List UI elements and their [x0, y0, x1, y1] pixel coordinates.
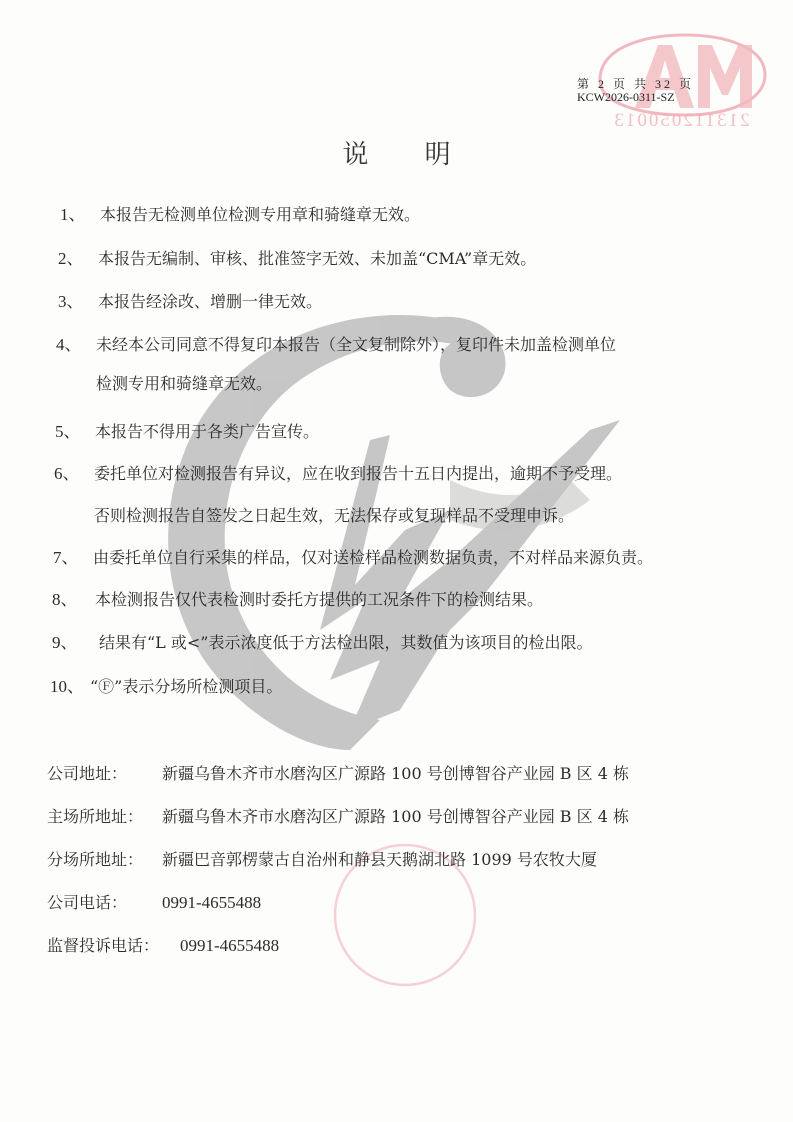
note-text: 本报告无检测单位检测专用章和骑缝章无效。	[100, 206, 420, 224]
note-text: 由委托单位自行采集的样品，仅对送检样品检测数据负责，不对样品来源负责。	[93, 549, 653, 567]
note-number: 8、	[52, 591, 78, 609]
company-phone-value: 0991-4655488	[162, 894, 261, 912]
complaint-phone-label: 监督投诉电话：	[47, 937, 159, 955]
note-continuation: 检测专用和骑缝章无效。	[96, 375, 272, 393]
document-page: 213112050013 第 2 页 共 32 页 KCW2026-0311-S…	[0, 0, 793, 1122]
note-text: 本报告不得用于各类广告宣传。	[95, 423, 319, 441]
page-header: 第 2 页 共 32 页 KCW2026-0311-SZ	[577, 78, 717, 104]
note-number: 3、	[58, 293, 84, 311]
company-address-value: 新疆乌鲁木齐市水磨沟区广源路 100 号创博智谷产业园 B 区 4 栋	[162, 765, 629, 783]
note-number: 6、	[54, 465, 80, 483]
company-address-label: 公司地址：	[47, 765, 127, 783]
note-number: 5、	[55, 423, 81, 441]
note-number: 1、	[60, 206, 86, 224]
cma-seal-number: 213112050013	[596, 110, 766, 132]
note-text: 本报告无编制、审核、批准签字无效、未加盖“CMA”章无效。	[98, 250, 536, 268]
note-text: 委托单位对检测报告有异议，应在收到报告十五日内提出，逾期不予受理。	[94, 465, 622, 483]
complaint-phone-value: 0991-4655488	[180, 937, 279, 955]
note-number: 4、	[56, 336, 82, 354]
note-text: 本检测报告仅代表检测时委托方提供的工况条件下的检测结果。	[95, 591, 543, 609]
main-site-address-label: 主场所地址：	[47, 808, 143, 826]
cma-seal-stamp	[590, 20, 775, 120]
main-site-address-value: 新疆乌鲁木齐市水磨沟区广源路 100 号创博智谷产业园 B 区 4 栋	[162, 808, 629, 826]
page-title: 说 明	[0, 134, 793, 171]
branch-site-address-label: 分场所地址：	[47, 851, 143, 869]
note-text: 本报告经涂改、增删一律无效。	[98, 293, 322, 311]
note-continuation: 否则检测报告自签发之日起生效，无法保存或复现样品不受理申诉。	[94, 507, 574, 525]
note-text: 结果有“L 或<”表示浓度低于方法检出限，其数值为该项目的检出限。	[99, 634, 592, 652]
company-phone-label: 公司电话：	[47, 894, 127, 912]
note-number: 7、	[53, 549, 79, 567]
note-text: “Ⓕ”表示分场所检测项目。	[90, 678, 282, 696]
note-number: 9、	[52, 634, 78, 652]
note-text: 未经本公司同意不得复印本报告（全文复制除外），复印件未加盖检测单位	[96, 336, 616, 354]
branch-site-address-value: 新疆巴音郭楞蒙古自治州和静县天鹅湖北路 1099 号农牧大厦	[162, 851, 597, 869]
note-number: 2、	[58, 250, 84, 268]
report-number: KCW2026-0311-SZ	[577, 91, 717, 104]
note-number: 10、	[50, 678, 84, 696]
